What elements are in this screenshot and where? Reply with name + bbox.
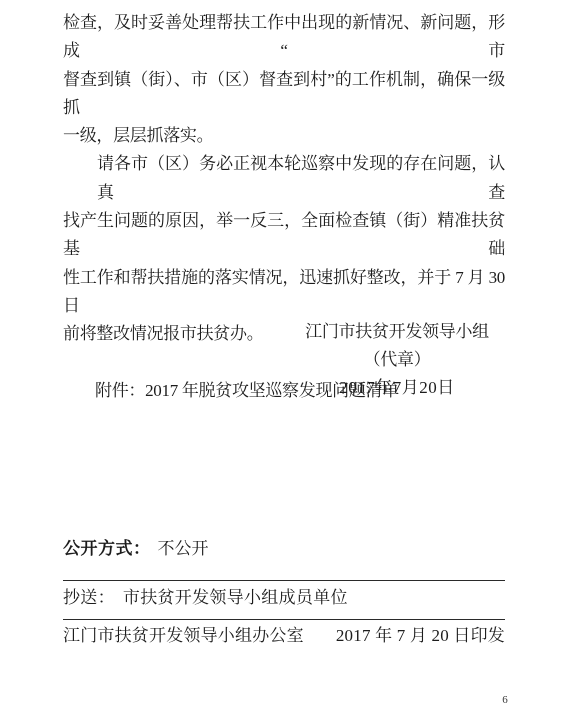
publicity-label: 公开方式：: [63, 539, 151, 558]
body-line: 性工作和帮扶措施的落实情况，迅速抓好整改，并于 7 月 30 日: [63, 264, 505, 321]
issuer-row: 江门市扶贫开发领导小组办公室 2017 年 7 月 20 日印发: [63, 626, 505, 646]
signature-date: 2017年7月20日: [292, 374, 502, 402]
body-line: 督查到镇（街）、市（区）督查到村”的工作机制，确保一级抓: [63, 66, 505, 123]
signature-org: 江门市扶贫开发领导小组: [292, 318, 502, 346]
document-page: 检查，及时妥善处理帮扶工作中出现的新情况、新问题，形成“市 督查到镇（街）、市（…: [0, 0, 565, 720]
body-line: 找产生问题的原因，举一反三，全面检查镇（街）精准扶贫基础: [63, 207, 505, 264]
cc-value: 市扶贫开发领导小组成员单位: [123, 588, 348, 607]
signature-seal-note: （代章）: [292, 346, 502, 374]
body-line: 请各市（区）务必正视本轮巡察中发现的存在问题，认真查: [63, 150, 505, 207]
publicity-value: 不公开: [158, 539, 209, 558]
publicity-row: 公开方式：不公开: [63, 539, 209, 559]
footer-divider-bottom: [63, 619, 505, 620]
footer-divider-top: [63, 580, 505, 581]
signature-block: 江门市扶贫开发领导小组 （代章） 2017年7月20日: [292, 318, 502, 402]
body-line: 检查，及时妥善处理帮扶工作中出现的新情况、新问题，形成“市: [63, 9, 505, 66]
issuer-name: 江门市扶贫开发领导小组办公室: [63, 626, 304, 646]
cc-label: 抄送：: [63, 588, 115, 607]
body-line: 一级，层层抓落实。: [63, 122, 505, 150]
page-number: 6: [497, 694, 513, 706]
print-date-note: 2017 年 7 月 20 日印发: [336, 626, 505, 646]
cc-row: 抄送：市扶贫开发领导小组成员单位: [63, 588, 505, 608]
